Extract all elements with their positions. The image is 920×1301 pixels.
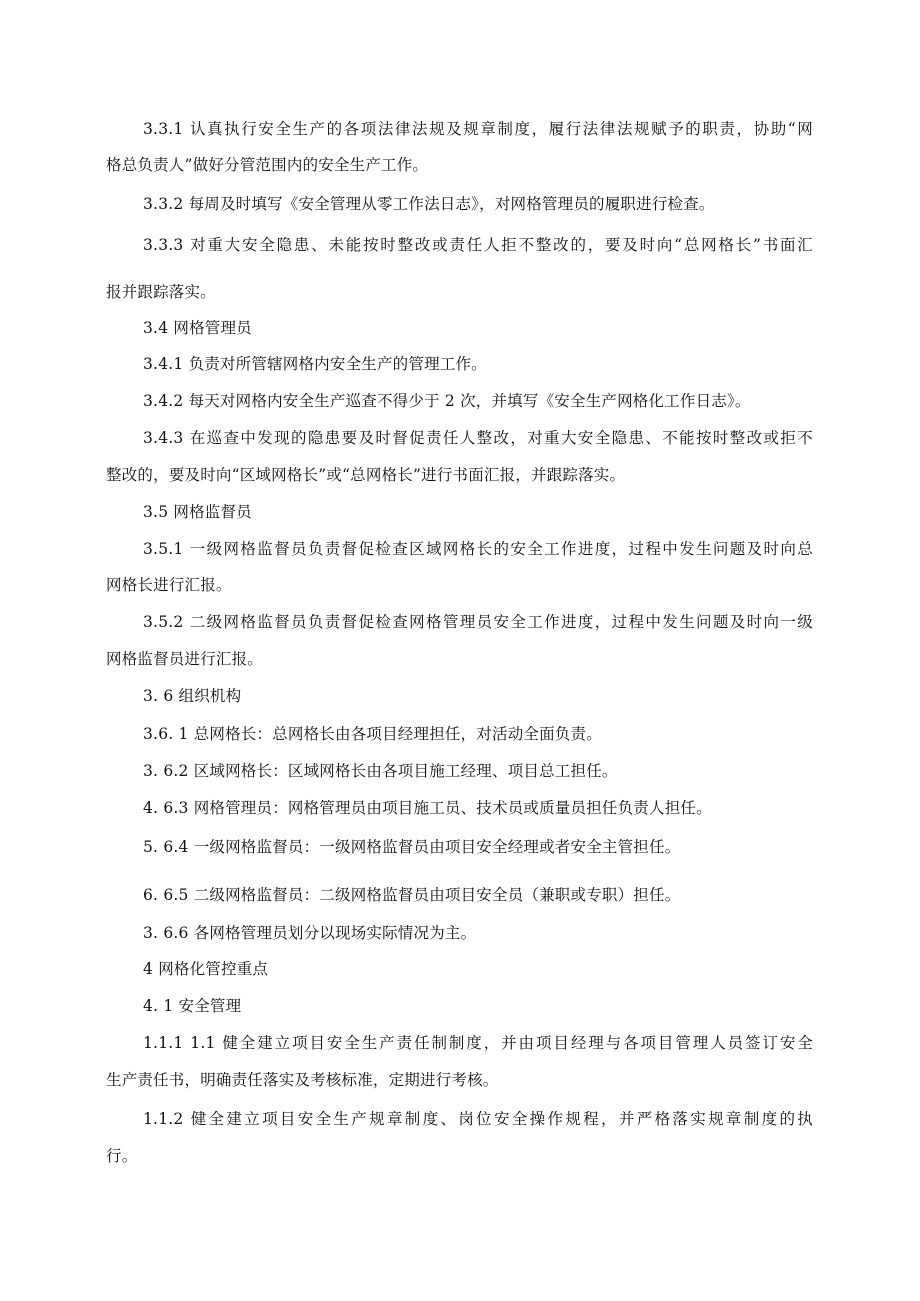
heading-4-1: 4. 1 安全管理: [143, 996, 241, 1016]
para-3-6-2: 3. 6.2 区域网格长：区域网格长由各项目施工经理、项目总工担任。: [143, 761, 618, 781]
heading-4: 4 网格化管控重点: [143, 959, 268, 979]
para-3-3-1-line-2: 格总负责人”做好分管范围内的安全生产工作。: [106, 155, 428, 175]
para-3-5-1-line-2: 网格长进行汇报。: [106, 575, 232, 595]
para-1-1-2-line-1: 1.1.2 健全建立项目安全生产规章制度、岗位安全操作规程，并严格落实规章制度的…: [143, 1109, 813, 1129]
para-3-4-3-line-1: 3.4.3 在巡查中发现的隐患要及时督促责任人整改，对重大安全隐患、不能按时整改…: [143, 428, 813, 448]
para-3-4-3-line-2: 整改的，要及时向“区域网格长”或“总网格长”进行书面汇报，并跟踪落实。: [106, 465, 625, 485]
para-3-6-4: 5. 6.4 一级网格监督员：一级网格监督员由项目安全经理或者安全主管担任。: [143, 837, 680, 857]
heading-3-5: 3.5 网格监督员: [143, 502, 252, 522]
para-3-6-3: 4. 6.3 网格管理员：网格管理员由项目施工员、技术员或质量员担任负责人担任。: [143, 798, 712, 818]
para-3-5-1-line-1: 3.5.1 一级网格监督员负责督促检查区域网格长的安全工作进度，过程中发生问题及…: [143, 539, 813, 559]
para-1-1-1-line-1: 1.1.1 1.1 健全建立项目安全生产责任制制度，并由项目经理与各项目管理人员…: [143, 1033, 813, 1053]
para-3-6-6: 3. 6.6 各网格管理员划分以现场实际情况为主。: [143, 923, 476, 943]
heading-3-6: 3. 6 组织机构: [143, 686, 241, 706]
document-page: 3.3.1 认真执行安全生产的各项法律法规及规章制度，履行法律法规赋予的职责，协…: [0, 0, 920, 1301]
para-3-3-1-line-1: 3.3.1 认真执行安全生产的各项法律法规及规章制度，履行法律法规赋予的职责，协…: [143, 119, 813, 139]
para-1-1-1-line-2: 生产责任书，明确责任落实及考核标准，定期进行考核。: [106, 1070, 499, 1090]
para-3-5-2-line-2: 网格监督员进行汇报。: [106, 649, 263, 669]
para-3-5-2-line-1: 3.5.2 二级网格监督员负责督促检查网格管理员安全工作进度，过程中发生问题及时…: [143, 612, 813, 632]
para-3-3-3-line-1: 3.3.3 对重大安全隐患、未能按时整改或责任人拒不整改的，要及时向“总网格长”…: [143, 235, 813, 255]
para-3-6-1: 3.6. 1 总网格长：总网格长由各项目经理担任，对活动全面负责。: [143, 724, 602, 744]
para-3-4-1: 3.4.1 负责对所管辖网格内安全生产的管理工作。: [143, 354, 487, 374]
heading-3-4: 3.4 网格管理员: [143, 318, 252, 338]
para-1-1-2-line-2: 行。: [106, 1146, 137, 1166]
para-3-3-3-line-2: 报并跟踪落实。: [106, 282, 216, 302]
para-3-6-5: 6. 6.5 二级网格监督员：二级网格监督员由项目安全员（兼职或专职）担任。: [143, 885, 680, 905]
para-3-4-2: 3.4.2 每天对网格内安全生产巡查不得少于 2 次，并填写《安全生产网格化工作…: [143, 391, 751, 411]
para-3-3-2: 3.3.2 每周及时填写《安全管理从零工作法日志》，对网格管理员的履职进行检查。: [143, 194, 715, 214]
